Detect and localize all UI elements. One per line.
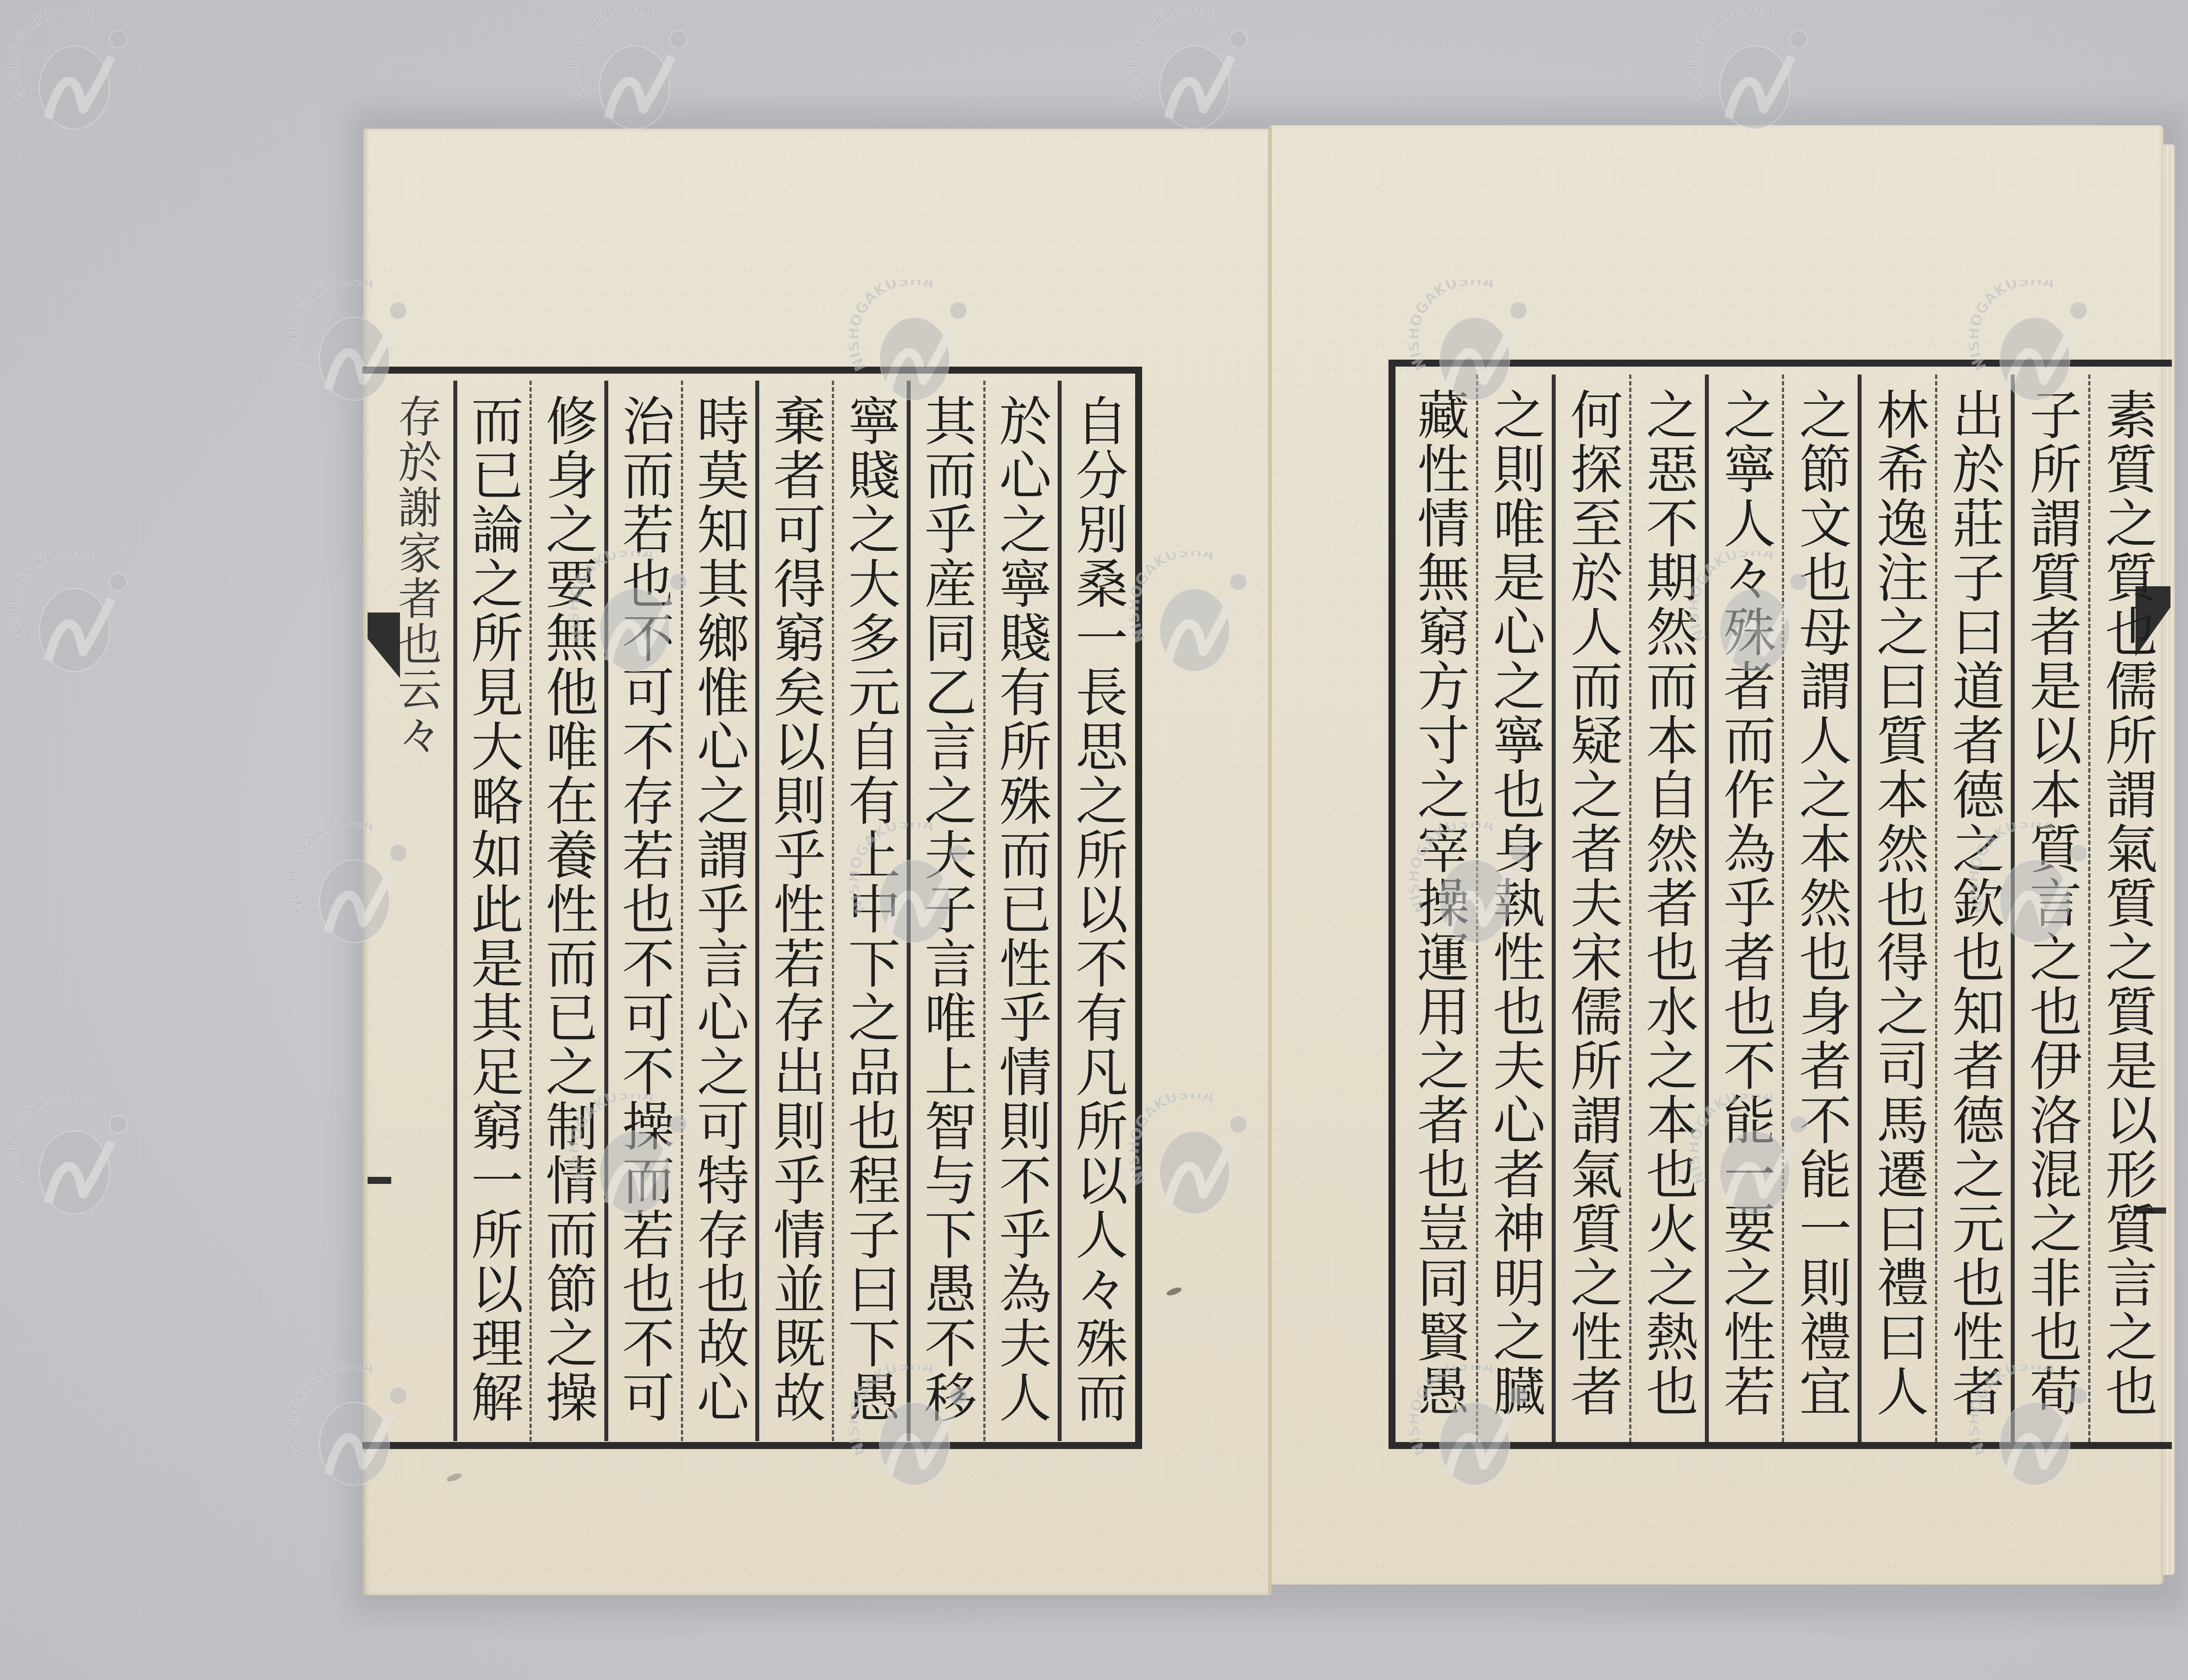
text-column: 修身之要無他唯在養性而已之制情而節之操心而存之 — [529, 381, 604, 1441]
text-column: 之則唯是心之寧也身執性也夫心者神明之臓性情之郭也 — [1476, 374, 1552, 1442]
book-gutter — [1268, 127, 1272, 1594]
text-column: 其而乎産同乙言之夫子言唯上智与下愚不移亦言心之 — [907, 381, 983, 1441]
text-column: 棄者可得窮矣以則乎性若存出則乎情並既故自出入無 — [755, 381, 832, 1441]
text-column: 林希逸注之曰質本然也得之司馬遷曰禮曰人質為 — [1858, 374, 1935, 1442]
text-column: 子所謂質者是以本質言之也伊洛混之非也荀子之謂乎 — [2011, 374, 2088, 1442]
text-column: 何探至於人而疑之者夫宋儒所謂氣質之性者以論觀 — [1552, 374, 1629, 1442]
left-page-text: 自分別桑一長思之所以不有凡所以人々殊而不能同者皆由 於心之寧賤有所殊而已性乎情則… — [381, 381, 1134, 1441]
right-page-text: 素質之質也儒所謂氣質之質是以形質言之也董 子所謂質者是以本質言之也伊洛混之非也荀… — [1403, 374, 2164, 1442]
text-column: 之寧人々殊者而作為乎者也不能一要之性若生質本然 — [1705, 374, 1782, 1442]
text-column: 藏性情無窮方寸之宰操運用之者也豈同賢愚之所以 — [1403, 374, 1476, 1442]
text-column: 素質之質也儒所謂氣質之質是以形質言之也董 — [2088, 374, 2164, 1442]
text-column: 於心之寧賤有所殊而已性乎情則不乎為夫人心不同各也 — [983, 381, 1058, 1441]
text-column: 治而若也不可不存若也不可不操而若也不可不存而若也 — [604, 381, 681, 1441]
text-column: 之節文也母謂人之本然也身者不能一則禮宜曰氣質 — [1782, 374, 1858, 1442]
text-column: 而已論之所見大略如此是其足窮一所以理解散之布大 — [453, 381, 530, 1441]
text-column: 自分別桑一長思之所以不有凡所以人々殊而不能同者皆由 — [1058, 381, 1134, 1441]
text-column: 出於莊子曰道者德之欽也知者德之元也性者生之質也 — [1935, 374, 2011, 1442]
text-column: 時莫知其鄉惟心之謂乎言心之可特存也故心無若不可不 — [681, 381, 756, 1441]
text-column: 存於謝家者也云々 — [381, 381, 453, 1441]
text-column: 之惡不期然而本自然者也水之本也火之熱也其不然哉 — [1629, 374, 1705, 1442]
text-column: 寧賤之大多元自有上中下之品也程子曰下愚若得自暴自 — [832, 381, 907, 1441]
